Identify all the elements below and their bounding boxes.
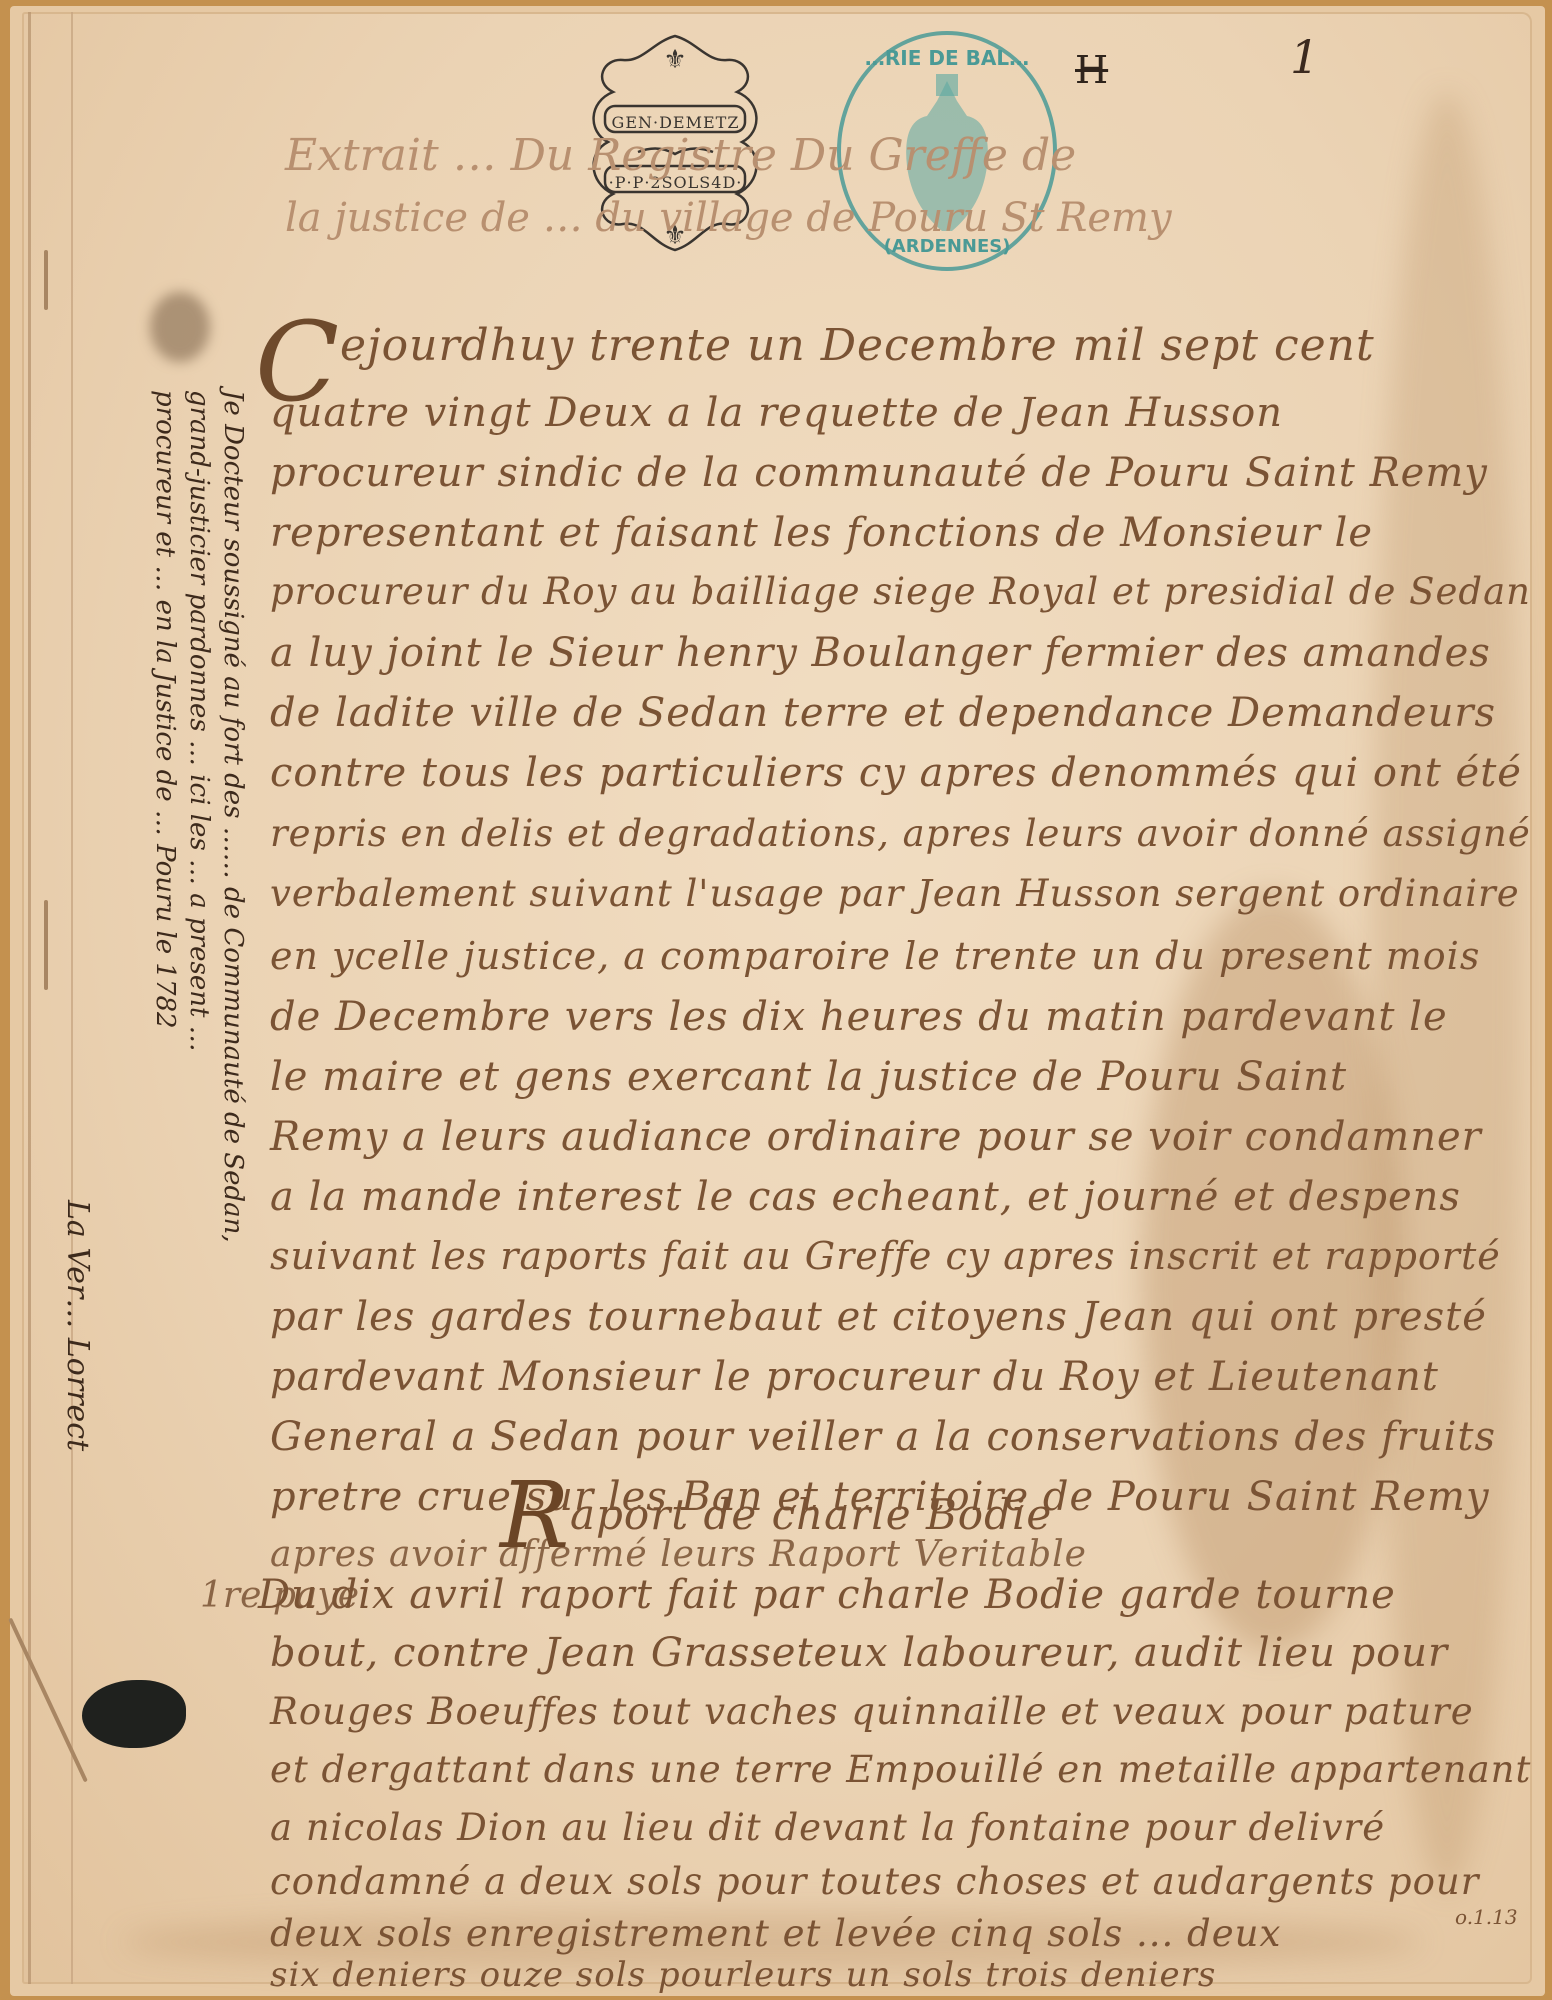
body-line: de ladite ville de Sedan terre et depend… [270, 690, 1496, 736]
body-line: a la mande interest le cas echeant, et j… [270, 1174, 1461, 1220]
body-line: de Decembre vers les dix heures du matin… [270, 994, 1448, 1040]
body-line: apres avoir affermé leurs Raport Veritab… [270, 1534, 1087, 1575]
binding-thread [44, 900, 48, 990]
line-end-marker: o.1.13 [1455, 1905, 1518, 1929]
section-title: aport de charle Bodie [570, 1490, 1052, 1539]
folio-number: 1 [1290, 30, 1319, 84]
section-dropcap: R [500, 1462, 569, 1569]
margin-note-line: Je Docteur soussigné au fort des …… de C… [216, 390, 250, 1470]
section-line: bout, contre Jean Grasseteux laboureur, … [270, 1630, 1448, 1676]
section-line: six deniers ouze sols pourleurs un sols … [270, 1955, 1216, 1995]
margin-signature: La Ver… Lorrect [60, 1200, 95, 1451]
margin-note: Je Docteur soussigné au fort des …… de C… [110, 390, 250, 1470]
ink-blot [82, 1680, 186, 1748]
body-line: representant et faisant les fonctions de… [270, 510, 1373, 556]
header-line-1: Extrait … Du Registre Du Greffe de [285, 130, 1076, 181]
body-line: quatre vingt Deux a la requette de Jean … [270, 390, 1283, 436]
body-line: en ycelle justice, a comparoire le trent… [270, 934, 1480, 978]
body-line: par les gardes tournebaut et citoyens Je… [270, 1294, 1487, 1340]
paper-damage [150, 292, 210, 362]
header-line-2: la justice de … du village de Pouru St R… [285, 195, 1172, 241]
body-line: verbalement suivant l'usage par Jean Hus… [270, 872, 1520, 915]
seal-ring-text-top: …RIE DE BAL… [852, 46, 1042, 70]
body-line: repris en delis et degradations, apres l… [270, 812, 1531, 855]
body-line: le maire et gens exercant la justice de … [270, 1054, 1347, 1100]
section-line: Du dix avril raport fait par charle Bodi… [258, 1572, 1396, 1618]
body-line: ejourdhuy trente un Decembre mil sept ce… [340, 320, 1375, 371]
section-line: condamné a deux sols pour toutes choses … [270, 1860, 1479, 1903]
section-line: et dergattant dans une terre Empouillé e… [270, 1748, 1531, 1791]
body-line: procureur du Roy au bailliage siege Roya… [270, 570, 1531, 613]
body-line: contre tous les particuliers cy apres de… [270, 750, 1522, 796]
binding-thread [44, 250, 48, 310]
section-line: deux sols enregistrement et levée cinq s… [270, 1912, 1281, 1955]
body-line: pardevant Monsieur le procureur du Roy e… [270, 1354, 1439, 1400]
body-line: suivant les raports fait au Greffe cy ap… [270, 1234, 1501, 1278]
water-stain [1372, 92, 1522, 1892]
section-line: a nicolas Dion au lieu dit devant la fon… [270, 1806, 1385, 1849]
svg-text:⚜: ⚜ [663, 45, 686, 75]
body-line: procureur sindic de la communauté de Pou… [270, 450, 1488, 496]
section-line: Rouges Boeuffes tout vaches quinnaille e… [270, 1690, 1474, 1733]
body-line: a luy joint le Sieur henry Boulanger fer… [270, 630, 1491, 676]
binding-edge [28, 12, 73, 1984]
body-line: Remy a leurs audiance ordinaire pour se … [270, 1114, 1482, 1160]
margin-note-line: grand-justicier pardonnes … ici les … a … [182, 390, 216, 1470]
margin-note-line: procureur et … en la Justice de … Pouru … [148, 390, 182, 1470]
crossed-out-mark: H [1075, 48, 1108, 92]
body-line: General a Sedan pour veiller a la conser… [270, 1414, 1496, 1460]
